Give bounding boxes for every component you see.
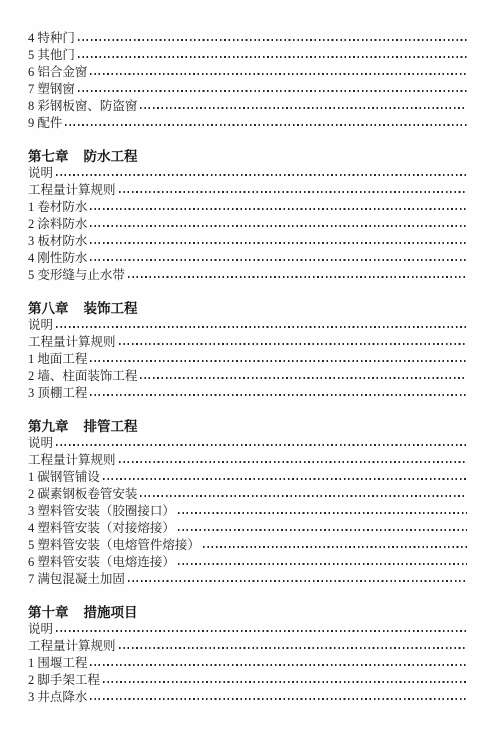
dotted-leader (90, 360, 467, 362)
toc-entry: 1 卷材防水 (28, 199, 467, 216)
toc-entry: 5 其他门 (28, 47, 467, 64)
dotted-leader (119, 343, 467, 345)
toc-entry: 2 碳素钢板卷管安装 (28, 486, 467, 503)
toc-entry: 工程量计算规则 (28, 452, 467, 469)
dotted-leader (78, 56, 467, 58)
chapter-name: 防水工程 (84, 148, 138, 165)
dotted-leader (119, 647, 467, 649)
dotted-leader (90, 242, 467, 244)
dotted-leader (90, 73, 467, 75)
toc-entry: 工程量计算规则 (28, 334, 467, 351)
toc-entry-label: 2 涂料防水 (28, 216, 90, 233)
toc-entry: 3 井点降水 (28, 689, 467, 706)
dotted-leader (78, 90, 467, 92)
chapter-name: 装饰工程 (84, 300, 138, 317)
toc-entry: 4 塑料管安装（对接熔接） (28, 520, 467, 537)
toc-entry-label: 说明 (28, 317, 56, 334)
dotted-leader (128, 580, 467, 582)
toc-entry-label: 3 井点降水 (28, 689, 90, 706)
dotted-leader (140, 107, 467, 109)
toc-section-chapter-7: 第七章 防水工程 说明 工程量计算规则 1 卷材防水 2 涂料防水 3 板材防水… (28, 148, 467, 284)
toc-entry: 6 塑料管安装（电熔连接） (28, 554, 467, 571)
toc-entry-label: 6 塑料管安装（电熔连接） (28, 554, 178, 571)
toc-entry-label: 4 刚性防水 (28, 250, 90, 267)
toc-orphan-block: 4 特种门 5 其他门 6 铝合金窗 7 塑钢窗 8 彩钢板窗、防盗窗 9 配件 (28, 30, 467, 132)
toc-entry-label: 2 墙、柱面装饰工程 (28, 368, 140, 385)
toc-entry: 7 满包混凝土加固 (28, 571, 467, 588)
dotted-leader (140, 495, 467, 497)
chapter-number: 第十章 (28, 604, 69, 621)
dotted-leader (119, 461, 467, 463)
toc-entry-label: 3 板材防水 (28, 233, 90, 250)
toc-entry: 5 塑料管安装（电熔管件熔接） (28, 537, 467, 554)
chapter-number: 第七章 (28, 148, 69, 165)
chapter-heading: 第九章 排管工程 (28, 418, 467, 435)
toc-entry: 2 脚手架工程 (28, 672, 467, 689)
chapter-heading: 第八章 装饰工程 (28, 300, 467, 317)
dotted-leader (90, 664, 467, 666)
toc-entry: 7 塑钢窗 (28, 81, 467, 98)
dotted-leader (90, 259, 467, 261)
toc-entry-label: 8 彩钢板窗、防盗窗 (28, 98, 140, 115)
toc-entry-label: 工程量计算规则 (28, 182, 119, 199)
toc-entry: 说明 (28, 435, 467, 452)
toc-entry: 工程量计算规则 (28, 638, 467, 655)
toc-entry-label: 工程量计算规则 (28, 334, 119, 351)
toc-entry: 3 顶棚工程 (28, 385, 467, 402)
dotted-leader (56, 326, 467, 328)
dotted-leader (90, 208, 467, 210)
dotted-leader (203, 546, 467, 548)
chapter-number: 第九章 (28, 418, 69, 435)
toc-entry-label: 2 脚手架工程 (28, 672, 103, 689)
toc-entry-label: 5 其他门 (28, 47, 78, 64)
dotted-leader (178, 563, 467, 565)
toc-entry-label: 1 地面工程 (28, 351, 90, 368)
toc-entry-label: 3 顶棚工程 (28, 385, 90, 402)
toc-entry: 3 塑料管安装（胶圈接口） (28, 503, 467, 520)
toc-entry: 说明 (28, 317, 467, 334)
dotted-leader (90, 225, 467, 227)
toc-entry-label: 说明 (28, 435, 56, 452)
toc-entry: 9 配件 (28, 115, 467, 132)
toc-section-chapter-9: 第九章 排管工程 说明 工程量计算规则 1 碳钢管铺设 2 碳素钢板卷管安装 3… (28, 418, 467, 588)
chapter-number: 第八章 (28, 300, 69, 317)
toc-entry-label: 6 铝合金窗 (28, 64, 90, 81)
toc-entry-label: 4 塑料管安装（对接熔接） (28, 520, 178, 537)
toc-entry-label: 5 变形缝与止水带 (28, 267, 128, 284)
toc-entry: 4 特种门 (28, 30, 467, 47)
toc-entry-label: 3 塑料管安装（胶圈接口） (28, 503, 178, 520)
dotted-leader (103, 478, 467, 480)
toc-entry: 1 地面工程 (28, 351, 467, 368)
toc-entry: 工程量计算规则 (28, 182, 467, 199)
chapter-heading: 第七章 防水工程 (28, 148, 467, 165)
toc-entry: 4 刚性防水 (28, 250, 467, 267)
dotted-leader (78, 39, 467, 41)
toc-page: 4 特种门 5 其他门 6 铝合金窗 7 塑钢窗 8 彩钢板窗、防盗窗 9 配件… (0, 0, 498, 751)
chapter-heading: 第十章 措施项目 (28, 604, 467, 621)
dotted-leader (178, 529, 467, 531)
dotted-leader (90, 394, 467, 396)
toc-entry: 1 围堰工程 (28, 655, 467, 672)
toc-entry-label: 1 围堰工程 (28, 655, 90, 672)
dotted-leader (103, 681, 467, 683)
dotted-leader (128, 276, 467, 278)
toc-entry: 2 涂料防水 (28, 216, 467, 233)
dotted-leader (119, 191, 467, 193)
toc-entry: 说明 (28, 621, 467, 638)
toc-entry: 1 碳钢管铺设 (28, 469, 467, 486)
toc-entry: 说明 (28, 165, 467, 182)
toc-entry: 6 铝合金窗 (28, 64, 467, 81)
toc-entry: 8 彩钢板窗、防盗窗 (28, 98, 467, 115)
dotted-leader (65, 124, 467, 126)
toc-entry-label: 9 配件 (28, 115, 65, 132)
dotted-leader (56, 444, 467, 446)
toc-entry-label: 5 塑料管安装（电熔管件熔接） (28, 537, 203, 554)
toc-entry-label: 1 碳钢管铺设 (28, 469, 103, 486)
toc-entry: 3 板材防水 (28, 233, 467, 250)
dotted-leader (56, 174, 467, 176)
chapter-name: 排管工程 (84, 418, 138, 435)
toc-entry-label: 2 碳素钢板卷管安装 (28, 486, 140, 503)
toc-entry-label: 说明 (28, 621, 56, 638)
dotted-leader (140, 377, 467, 379)
toc-entry-label: 工程量计算规则 (28, 638, 119, 655)
toc-entry: 5 变形缝与止水带 (28, 267, 467, 284)
dotted-leader (56, 630, 467, 632)
dotted-leader (178, 512, 467, 514)
toc-entry-label: 说明 (28, 165, 56, 182)
toc-entry-label: 工程量计算规则 (28, 452, 119, 469)
toc-section-chapter-10: 第十章 措施项目 说明 工程量计算规则 1 围堰工程 2 脚手架工程 3 井点降… (28, 604, 467, 706)
toc-entry-label: 1 卷材防水 (28, 199, 90, 216)
toc-entry-label: 4 特种门 (28, 30, 78, 47)
toc-entry-label: 7 塑钢窗 (28, 81, 78, 98)
dotted-leader (90, 698, 467, 700)
toc-section-chapter-8: 第八章 装饰工程 说明 工程量计算规则 1 地面工程 2 墙、柱面装饰工程 3 … (28, 300, 467, 402)
toc-entry: 2 墙、柱面装饰工程 (28, 368, 467, 385)
toc-entry-label: 7 满包混凝土加固 (28, 571, 128, 588)
chapter-name: 措施项目 (84, 604, 138, 621)
